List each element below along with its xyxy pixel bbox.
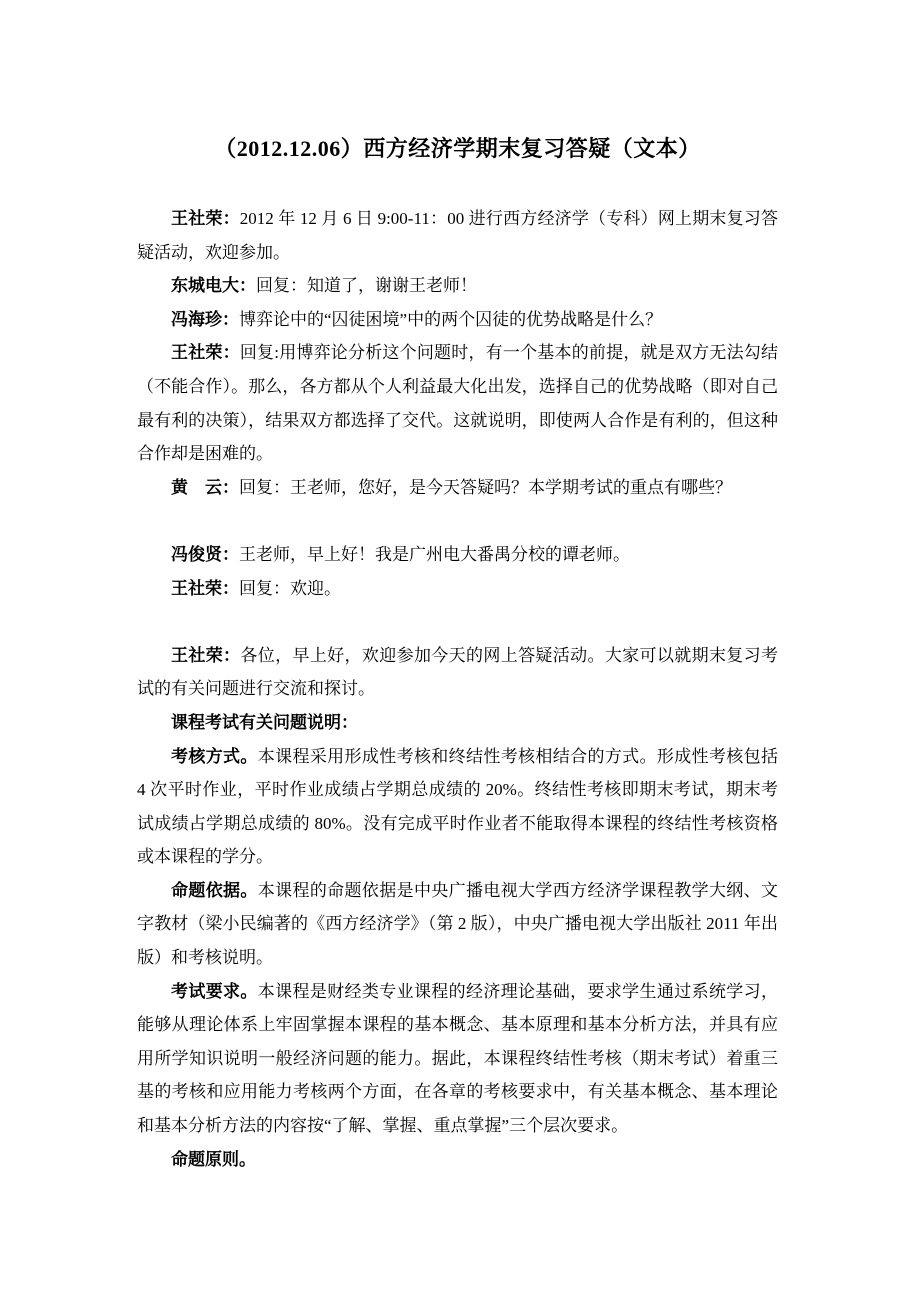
speaker-name: 命题原则。	[171, 1150, 256, 1169]
paragraph: 命题原则。	[137, 1143, 778, 1177]
paragraph-text: 回复：欢迎。	[239, 579, 341, 598]
paragraph: 王社荣：2012 年 12 月 6 日 9:00-11：00 进行西方经济学（专…	[137, 202, 778, 269]
speaker-name: 课程考试有关问题说明：	[171, 713, 358, 732]
speaker-name: 王社荣：	[171, 579, 239, 598]
paragraph: 黄 云：回复：王老师，您好，是今天答疑吗？本学期考试的重点有哪些？	[137, 471, 778, 505]
paragraph: 王社荣：回复:用博弈论分析这个问题时，有一个基本的前提，就是双方无法勾结（不能合…	[137, 336, 778, 470]
speaker-name: 考核方式。	[171, 747, 258, 766]
speaker-name: 黄 云：	[171, 478, 239, 497]
document-page: （2012.12.06）西方经济学期末复习答疑（文本） 王社荣：2012 年 1…	[0, 0, 920, 1302]
speaker-name: 王社荣：	[171, 209, 240, 228]
paragraph-text: 博弈论中的“囚徒困境”中的两个囚徒的优势战略是什么？	[239, 310, 662, 329]
speaker-name: 冯海珍：	[171, 310, 239, 329]
paragraph: 王社荣：回复：欢迎。	[137, 572, 778, 606]
speaker-name: 东城电大：	[171, 276, 256, 295]
paragraph: 命题依据。本课程的命题依据是中央广播电视大学西方经济学课程教学大纲、文字教材（梁…	[137, 874, 778, 975]
document-content: （2012.12.06）西方经济学期末复习答疑（文本） 王社荣：2012 年 1…	[137, 0, 778, 1176]
speaker-name: 考试要求。	[171, 982, 258, 1001]
paragraph-text: 回复：王老师，您好，是今天答疑吗？本学期考试的重点有哪些？	[239, 478, 732, 497]
blank-line	[137, 605, 778, 639]
blank-line	[137, 504, 778, 538]
speaker-name: 王社荣：	[171, 646, 240, 665]
speaker-name: 王社荣：	[171, 343, 240, 362]
paragraph: 课程考试有关问题说明：	[137, 706, 778, 740]
paragraph: 考试要求。本课程是财经类专业课程的经济理论基础，要求学生通过系统学习，能够从理论…	[137, 975, 778, 1143]
paragraph: 冯俊贤：王老师，早上好！我是广州电大番禺分校的谭老师。	[137, 538, 778, 572]
paragraph: 王社荣：各位，早上好，欢迎参加今天的网上答疑活动。大家可以就期末复习考试的有关问…	[137, 639, 778, 706]
paragraph: 冯海珍：博弈论中的“囚徒困境”中的两个囚徒的优势战略是什么？	[137, 303, 778, 337]
paragraph-text: 回复：知道了，谢谢王老师！	[256, 276, 477, 295]
document-body: 王社荣：2012 年 12 月 6 日 9:00-11：00 进行西方经济学（专…	[137, 202, 778, 1176]
speaker-name: 命题依据。	[171, 881, 258, 900]
document-title: （2012.12.06）西方经济学期末复习答疑（文本）	[137, 0, 778, 167]
paragraph: 东城电大：回复：知道了，谢谢王老师！	[137, 269, 778, 303]
paragraph-text: 王老师，早上好！我是广州电大番禺分校的谭老师。	[239, 545, 630, 564]
paragraph-text: 本课程是财经类专业课程的经济理论基础，要求学生通过系统学习，能够从理论体系上牢固…	[137, 982, 778, 1135]
paragraph: 考核方式。本课程采用形成性考核和终结性考核相结合的方式。形成性考核包括 4 次平…	[137, 740, 778, 874]
speaker-name: 冯俊贤：	[171, 545, 239, 564]
